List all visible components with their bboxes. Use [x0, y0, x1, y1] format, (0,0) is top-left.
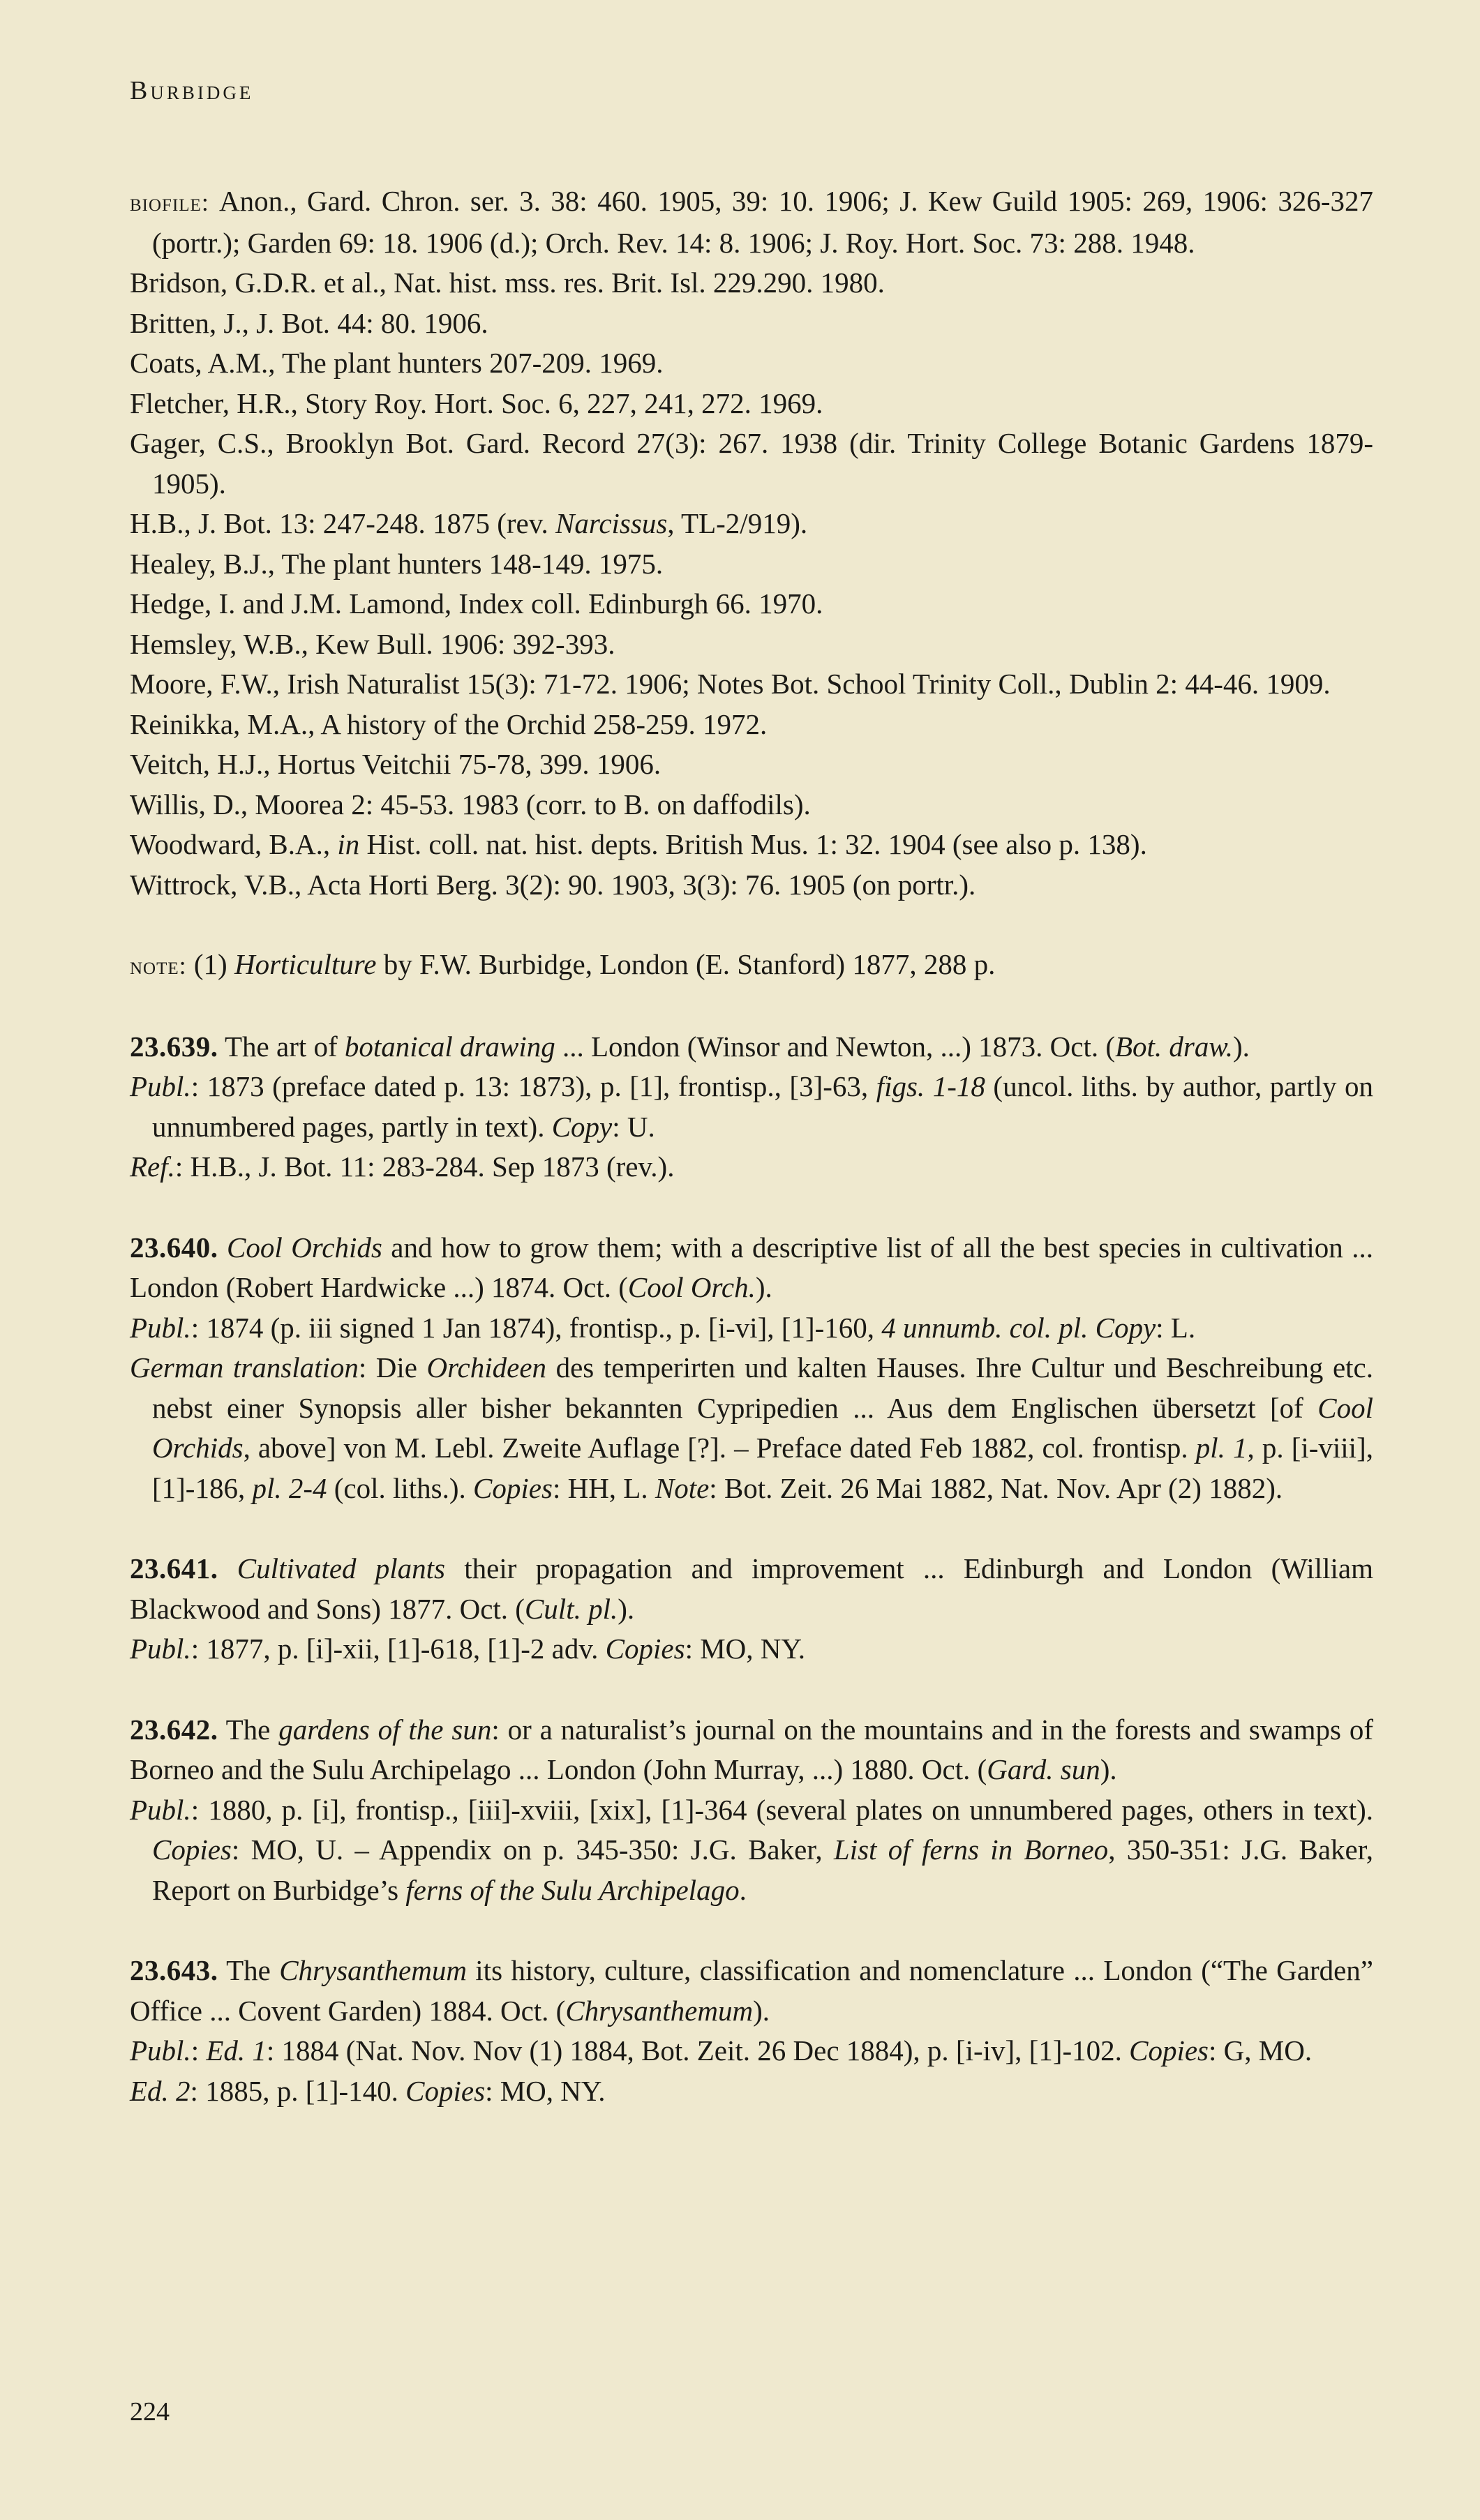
entry-detail: Ed. 2: 1885, p. [1]-140. Copies: MO, NY.	[130, 2071, 1373, 2112]
entry-title: 23.643. The Chrysanthemum its history, c…	[130, 1951, 1373, 2031]
entry-number: 23.639.	[130, 1030, 218, 1063]
entry-title: 23.641. Cultivated plants their propagat…	[130, 1549, 1373, 1629]
entry-number: 23.641.	[130, 1552, 218, 1584]
biofile-label: biofile:	[130, 188, 219, 216]
entry-title: 23.639. The art of botanical drawing ...…	[130, 1027, 1373, 1067]
page-number: 224	[130, 2397, 170, 2427]
entry-number: 23.640.	[130, 1231, 218, 1263]
note-label: note:	[130, 952, 187, 980]
biofile-entry: Wittrock, V.B., Acta Horti Berg. 3(2): 9…	[130, 865, 1373, 906]
biofile-entry: Veitch, H.J., Hortus Veitchii 75-78, 399…	[130, 744, 1373, 785]
entry-detail: German translation: Die Orchideen des te…	[130, 1348, 1373, 1508]
biofile-entry: Reinikka, M.A., A history of the Orchid …	[130, 705, 1373, 745]
biofile-entry: Britten, J., J. Bot. 44: 80. 1906.	[130, 303, 1373, 344]
entries-list: 23.639. The art of botanical drawing ...…	[130, 987, 1373, 2112]
note-paragraph: note: (1) Horticulture by F.W. Burbidge,…	[130, 945, 1373, 987]
biofile-entry: Moore, F.W., Irish Naturalist 15(3): 71-…	[130, 664, 1373, 705]
entry-detail: Publ.: 1874 (p. iii signed 1 Jan 1874), …	[130, 1308, 1373, 1349]
entry-detail: Publ.: 1877, p. [i]-xii, [1]-618, [1]-2 …	[130, 1629, 1373, 1670]
biofile-entry: Healey, B.J., The plant hunters 148-149.…	[130, 544, 1373, 585]
running-head: Burbidge	[130, 75, 253, 106]
entry-number: 23.643.	[130, 1954, 218, 1986]
biofile-entry: Hedge, I. and J.M. Lamond, Index coll. E…	[130, 584, 1373, 624]
entry-detail: Ref.: H.B., J. Bot. 11: 283-284. Sep 187…	[130, 1147, 1373, 1187]
biofile-entry: H.B., J. Bot. 13: 247-248. 1875 (rev. Na…	[130, 504, 1373, 544]
entry-number: 23.642.	[130, 1713, 218, 1746]
page-body: biofile: Anon., Gard. Chron. ser. 3. 38:…	[130, 181, 1373, 2111]
biofile-entry: Coats, A.M., The plant hunters 207-209. …	[130, 343, 1373, 384]
entry-detail: Publ.: Ed. 1: 1884 (Nat. Nov. Nov (1) 18…	[130, 2031, 1373, 2071]
biofile-entry: Willis, D., Moorea 2: 45-53. 1983 (corr.…	[130, 785, 1373, 825]
biofile-entry: Hemsley, W.B., Kew Bull. 1906: 392-393.	[130, 624, 1373, 665]
entry-detail: Publ.: 1880, p. [i], frontisp., [iii]-xv…	[130, 1790, 1373, 1911]
biofile-entry: Fletcher, H.R., Story Roy. Hort. Soc. 6,…	[130, 384, 1373, 424]
biofile-section: biofile: Anon., Gard. Chron. ser. 3. 38:…	[130, 181, 1373, 905]
entry-title: 23.642. The gardens of the sun: or a nat…	[130, 1710, 1373, 1790]
biofile-entry: Gager, C.S., Brooklyn Bot. Gard. Record …	[130, 423, 1373, 504]
entry-detail: Publ.: 1873 (preface dated p. 13: 1873),…	[130, 1067, 1373, 1147]
entry-title: 23.640. Cool Orchids and how to grow the…	[130, 1228, 1373, 1308]
biofile-entry: Bridson, G.D.R. et al., Nat. hist. mss. …	[130, 263, 1373, 303]
biofile-entry: Woodward, B.A., in Hist. coll. nat. hist…	[130, 825, 1373, 865]
biofile-entry: biofile: Anon., Gard. Chron. ser. 3. 38:…	[130, 181, 1373, 263]
